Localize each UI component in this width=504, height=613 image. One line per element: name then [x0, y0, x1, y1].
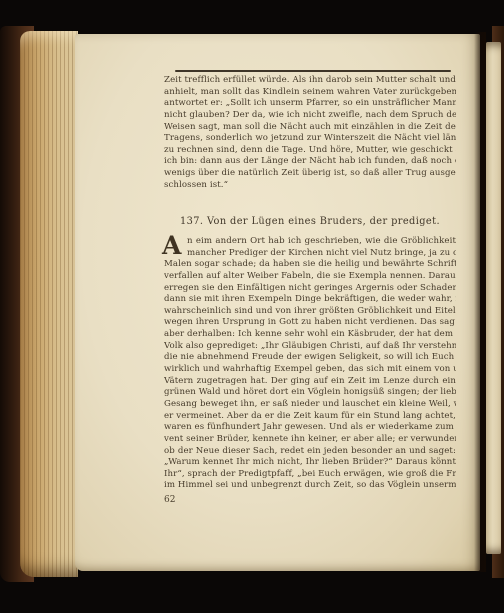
- text-line: Tragens, sonderlich wo jetzund zur Winte…: [164, 133, 456, 145]
- text-line: vent seiner Brüder, kennete ihn keiner, …: [164, 434, 456, 446]
- page-stack-fore-edge: [20, 31, 78, 577]
- text-line: wahrscheinlich sind und von ihrer größte…: [164, 306, 456, 318]
- text-line: erregen sie den Einfältigen nicht gering…: [164, 283, 456, 295]
- text-line: schlossen ist.“: [164, 180, 456, 192]
- facing-page-edge: [486, 42, 501, 554]
- text-line: anhielt, man sollt das Kindlein seinem w…: [164, 87, 456, 99]
- text-line: er vermeinet. Aber da er die Zeit kaum f…: [164, 411, 456, 423]
- book-gutter-shadow: [474, 32, 486, 572]
- drop-cap-initial: A: [162, 233, 186, 259]
- chapter-heading: 137. Von der Lügen eines Bruders, der pr…: [164, 216, 456, 227]
- text-line: wenigs über die natürlich Zeit überig is…: [164, 168, 456, 180]
- text-line: ob der Neue dieser Sach, redet ein jeden…: [164, 446, 456, 458]
- text-line: grünen Wald und höret dort ein Vöglein h…: [164, 387, 456, 399]
- text-line: Ihr“, sprach der Predigtpfaff, „bei Euch…: [164, 469, 456, 481]
- text-line: nicht glauben? Der da, wie ich nicht zwe…: [164, 110, 456, 122]
- text-line: ich bin: dann aus der Länge der Nächt ha…: [164, 156, 456, 168]
- text-line: waren es fünfhundert Jahr gewesen. Und a…: [164, 422, 456, 434]
- text-line: aber derhalben: Ich kenne sehr wohl ein …: [164, 329, 456, 341]
- text-line: Volk also geprediget: „Ihr Gläubigen Chr…: [164, 341, 456, 353]
- text-line: Zeit trefflich erfüllet würde. Als ihn d…: [164, 75, 456, 87]
- book-page: Zeit trefflich erfüllet würde. Als ihn d…: [75, 34, 480, 571]
- text-line: Weisen sagt, man soll die Nächt auch mit…: [164, 122, 456, 134]
- paragraph-continuation: Zeit trefflich erfüllet würde. Als ihn d…: [164, 75, 456, 191]
- text-line: mancher Prediger der Kirchen nicht viel …: [164, 248, 456, 260]
- text-line: verfallen auf alter Weiber Fabeln, die s…: [164, 271, 456, 283]
- text-line: Vätern zugetragen hat. Der ging auf ein …: [164, 376, 456, 388]
- page-number: 62: [164, 495, 175, 505]
- section-divider-rule: [175, 70, 451, 72]
- text-line: n eim andern Ort hab ich geschrieben, wi…: [164, 236, 456, 248]
- photograph-of-open-book: { "colors": { "background": "#0a0706", "…: [0, 0, 504, 613]
- text-line: die nie abnehmend Freude der ewigen Seli…: [164, 352, 456, 364]
- text-line: im Himmel sei und unbegrenzt durch Zeit,…: [164, 480, 456, 492]
- chapter-paragraph: A n eim andern Ort hab ich geschrieben, …: [164, 236, 456, 492]
- text-line: wegen ihren Ursprung in Gott zu haben ni…: [164, 317, 456, 329]
- text-line: „Warum kennet Ihr mich nicht, Ihr lieben…: [164, 457, 456, 469]
- text-line: wirklich und wahrhaftig Exempel geben, d…: [164, 364, 456, 376]
- text-line: Malen sogar schade; da haben sie die hei…: [164, 259, 456, 271]
- text-line: zu rechnen sind, denn die Tage. Und höre…: [164, 145, 456, 157]
- text-line: Gesang beweget ihn, er saß nieder und la…: [164, 399, 456, 411]
- text-line: dann sie mit ihren Exempeln Dinge bekräf…: [164, 294, 456, 306]
- text-line: antwortet er: „Sollt ich unserm Pfarrer,…: [164, 98, 456, 110]
